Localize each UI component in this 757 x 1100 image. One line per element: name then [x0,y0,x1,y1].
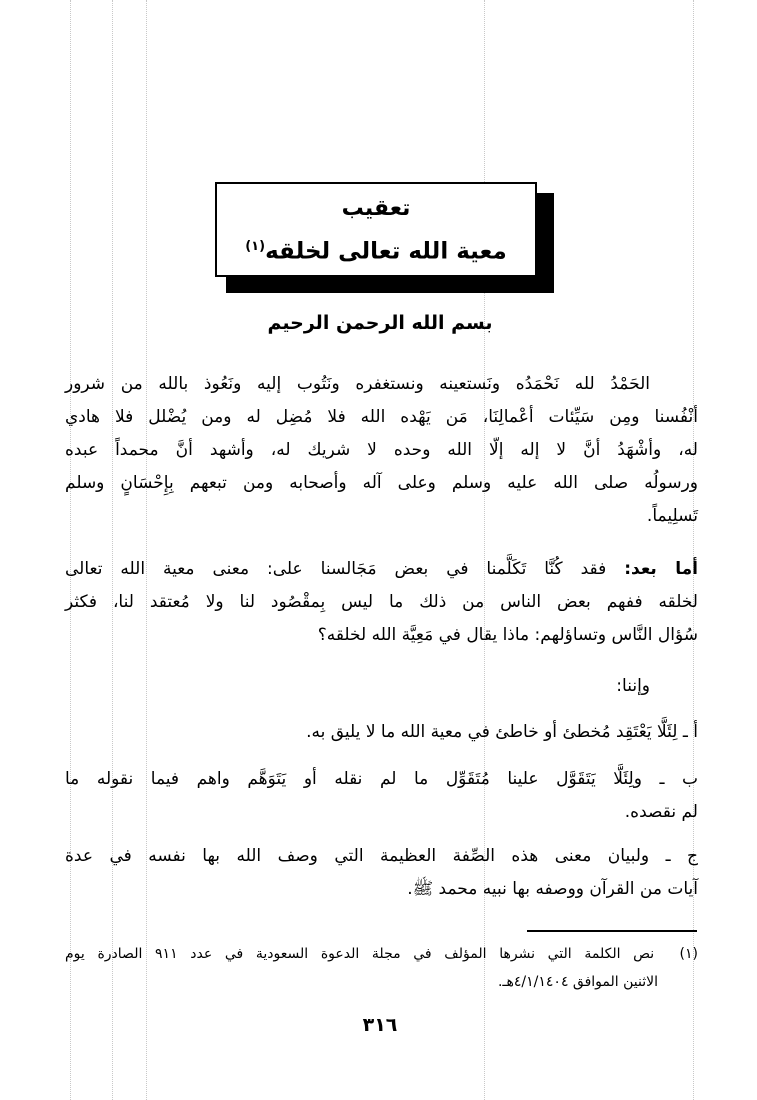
chapter-heading: تعقيب [217,194,535,224]
footnote-line: (١) نص الكلمة التي نشرها المؤلف في مجلة … [65,940,698,968]
text-line-content: فقد كُنَّا تَكَلَّمنا في بعض مَجَالسنا ع… [65,559,606,579]
footnote-line: الاثنين الموافق ٤/١/١٤٠٤هـ. [65,968,698,996]
chapter-subheading-text: معية الله تعالى لخلقه [265,239,507,265]
page-number: ٣١٦ [320,1012,440,1038]
text-line: آيات من القرآن ووصفه بها نبيه محمد ﷺ. [65,873,698,906]
text-line: سُؤال النَّاس وتساؤلهم: ماذا يقال في مَع… [65,619,698,652]
paragraph-amma-baad: أما بعد: فقد كُنَّا تَكَلَّمنا في بعض مَ… [65,553,698,652]
title-box-frame: تعقيب معية الله تعالى لخلقه(١) [215,182,537,277]
paragraph-intro: الحَمْدُ لله نَحْمَدُه ونَستعينه ونستغفر… [65,368,698,533]
text-line: أنْفُسنا ومِن سَيِّئات أعْمالِنَا، مَن ي… [65,401,698,434]
text-line: وإننا: [65,670,698,703]
scan-artifact-line [112,0,113,1100]
chapter-subheading: معية الله تعالى لخلقه(١) [217,231,535,268]
scan-artifact-line [146,0,147,1100]
footnote-text: نص الكلمة التي نشرها المؤلف في مجلة الدع… [65,946,654,962]
text-line: تَسلِيماً. [65,500,698,533]
text-line: ب ـ ولِئَلَّا يَتَقَوَّل علينا مُتَقَوِّ… [65,763,698,796]
basmala: بسم الله الرحمن الرحيم [250,305,510,341]
paragraph-lead: أما بعد: [624,559,698,579]
text-line: ورسولُه صلى الله عليه وسلم وعلى آله وأصح… [65,467,698,500]
text-line: أ ـ لِئَلَّا يَعْتَقِد مُخطئ أو خاطئ في … [65,716,698,749]
list-item-b: ب ـ ولِئَلَّا يَتَقَوَّل علينا مُتَقَوِّ… [65,763,698,829]
list-item-a: أ ـ لِئَلَّا يَعْتَقِد مُخطئ أو خاطئ في … [65,716,698,749]
scan-artifact-line [484,0,485,1100]
list-item-c: ج ـ ولبيان معنى هذه الصِّفة العظيمة التي… [65,840,698,906]
scan-artifact-line [693,0,694,1100]
text-line: لخلقه ففهم بعض الناس من ذلك ما ليس بِمقْ… [65,586,698,619]
text-line: أما بعد: فقد كُنَّا تَكَلَّمنا في بعض مَ… [65,553,698,586]
footnote-reference[interactable]: (١) [245,239,265,254]
chapter-title-box: تعقيب معية الله تعالى لخلقه(١) [215,182,543,290]
text-line: ج ـ ولبيان معنى هذه الصِّفة العظيمة التي… [65,840,698,873]
text-line: الحَمْدُ لله نَحْمَدُه ونَستعينه ونستغفر… [65,368,698,401]
footnote-marker: (١) [680,946,698,962]
footnote: (١) نص الكلمة التي نشرها المؤلف في مجلة … [65,940,698,996]
text-line: له، وأشْهَدُ أنَّ لا إله إلّا الله وحده … [65,434,698,467]
footnote-divider [527,930,697,932]
paragraph-wa-inna: وإننا: [65,670,698,703]
scan-artifact-line [70,0,71,1100]
text-line: لم نقصده. [65,796,698,829]
book-page: تعقيب معية الله تعالى لخلقه(١) بسم الله … [0,0,757,1100]
